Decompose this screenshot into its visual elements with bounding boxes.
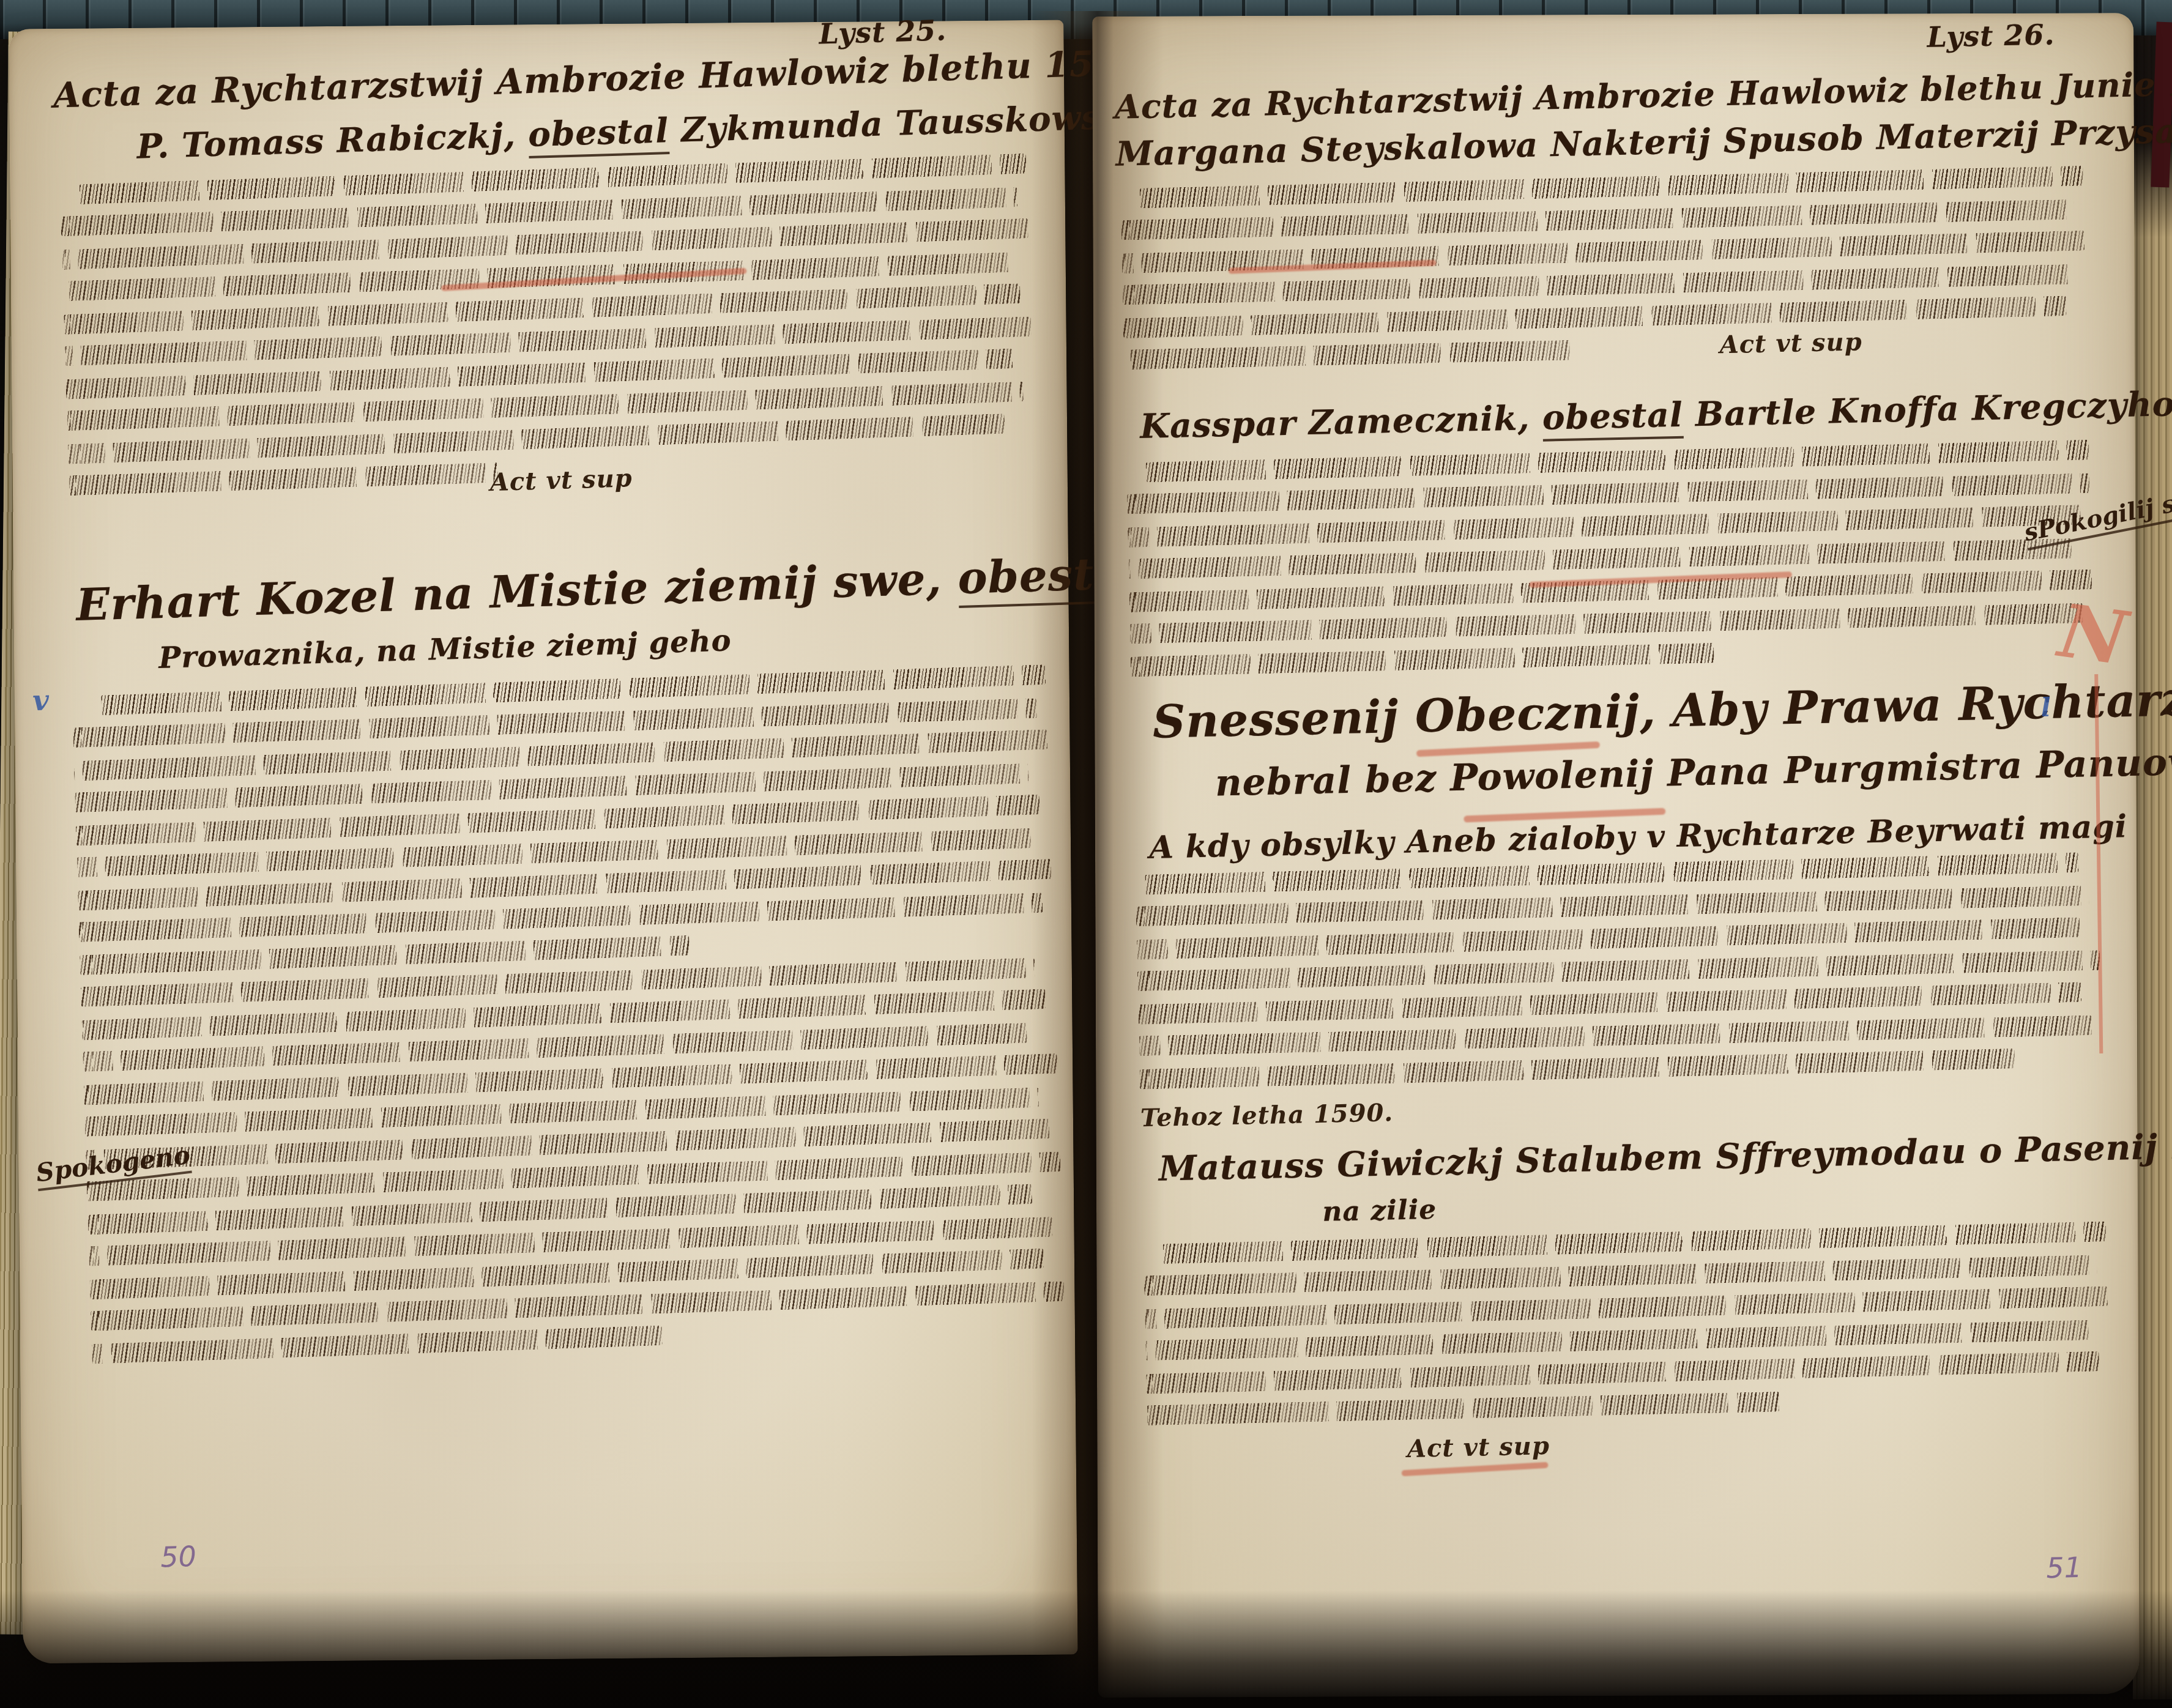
handwritten-text-line (1146, 1351, 2100, 1394)
handwritten-text-line (91, 1325, 662, 1364)
entry-body-script (1120, 166, 2097, 382)
heading-underlined-word: obestal (1542, 395, 1684, 442)
blue-ink-mark: v (32, 683, 49, 717)
blue-ink-mark: l (2040, 692, 2051, 722)
left-page-content: Lyst 25. Acta za Rychtarzstwij Ambrozie … (48, 15, 1090, 1635)
handwritten-text-line (1147, 1392, 1779, 1426)
red-chalk-letter: N (2054, 587, 2132, 682)
handwritten-text-line (1124, 340, 1572, 370)
entry-body-script (60, 154, 1046, 508)
handwritten-text-line (69, 462, 499, 496)
manuscript-photo: Lyst 25. Acta za Rychtarzstwij Ambrozie … (0, 0, 2172, 1708)
entry-body-script (1143, 1222, 2120, 1438)
handwritten-text-line (1139, 1049, 2015, 1090)
heading-text: Bartle Knoffa Kregczyho. (1683, 384, 2172, 434)
entry-subheading: Prowaznika, na Mistie ziemj geho (158, 623, 732, 675)
entry-body-script (72, 665, 1076, 1376)
closing-formula: Act vt sup (1719, 327, 1862, 359)
right-page: Lyst 26. Acta za Rychtarzstwij Ambrozie … (1092, 13, 2140, 1698)
entry-heading: Kasspar Zamecznik, obestal Bartle Knoffa… (1140, 384, 2172, 446)
book-fore-edge-right (2133, 35, 2172, 1699)
folio-label-right: Lyst 26. (1927, 18, 2055, 54)
heading-text: P. Tomass Rabiczkj, (136, 114, 529, 166)
closing-formula: Act vt sup (1407, 1431, 1550, 1463)
archival-page-number: 50 (160, 1540, 196, 1574)
right-page-content: Lyst 26. Acta za Rychtarzstwij Ambrozie … (1113, 13, 2126, 1674)
handwritten-text-line (1130, 643, 1714, 677)
handwritten-text-line (80, 935, 690, 976)
red-chalk-underline (1402, 1462, 1549, 1477)
entry-heading-line2: nebral bez Powolenij Pana Purgmistra Pan… (1214, 740, 2172, 804)
closing-date: Tehoz letha 1590. (1140, 1098, 1393, 1132)
archival-page-number: 51 (2046, 1551, 2083, 1584)
entry-body-script (1126, 440, 2104, 689)
heading-text: Erhart Kozel na Mistie ziemij swe, (75, 552, 958, 631)
heading-text: Kasspar Zamecznik, (1140, 398, 1543, 446)
entry-subheading: na zilie (1322, 1194, 1437, 1228)
closing-formula: Act vt sup (489, 464, 633, 497)
folio-label-left: Lyst 25. (819, 13, 947, 50)
heading-underlined-word: obestal (527, 110, 669, 158)
entry-body-script (1135, 853, 2113, 1101)
handwritten-text-line (1123, 295, 2067, 338)
left-page: Lyst 25. Acta za Rychtarzstwij Ambrozie … (9, 20, 1077, 1664)
entry-heading: Matauss Giwiczkj Stalubem Sffreymodau o … (1158, 1124, 2172, 1189)
